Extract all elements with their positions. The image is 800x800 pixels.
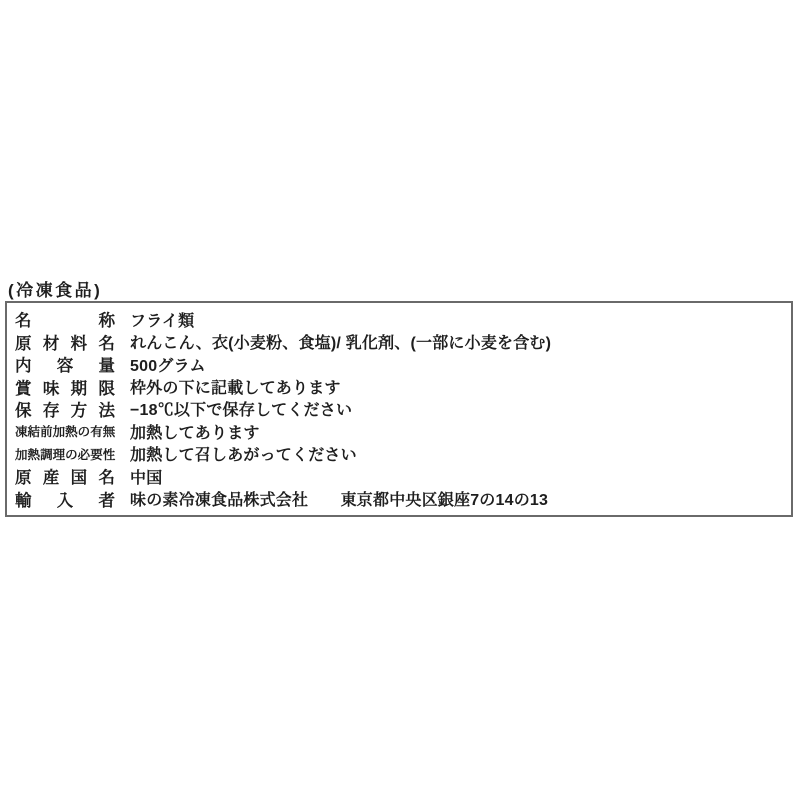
frozen-food-label: (冷凍食品) 名称 フライ類 原材料名 れんこん、衣(小麦粉、食塩)/ 乳化剤、… — [5, 282, 793, 517]
row-value-storage: −18℃以下で保存してください — [130, 397, 352, 420]
product-info-table: 名称 フライ類 原材料名 れんこん、衣(小麦粉、食塩)/ 乳化剤、(一部に小麦を… — [5, 301, 793, 517]
row-label-storage: 保存方法 — [15, 397, 115, 421]
table-row: 原材料名 れんこん、衣(小麦粉、食塩)/ 乳化剤、(一部に小麦を含む) — [7, 330, 791, 352]
row-value-ingredients: れんこん、衣(小麦粉、食塩)/ 乳化剤、(一部に小麦を含む) — [130, 330, 551, 353]
row-value-country-of-origin: 中国 — [130, 465, 162, 488]
row-value-best-before: 枠外の下に記載してあります — [130, 375, 341, 398]
table-row: 原産国名 中国 — [7, 465, 791, 487]
row-label-importer: 輸入者 — [15, 487, 115, 511]
table-row: 保存方法 −18℃以下で保存してください — [7, 398, 791, 420]
row-label-name: 名称 — [15, 307, 115, 331]
table-row: 名称 フライ類 — [7, 308, 791, 330]
row-value-importer: 味の素冷凍食品株式会社 東京都中央区銀座7の14の13 — [130, 487, 548, 510]
row-value-net-content: 500グラム — [130, 353, 206, 376]
row-label-cooking-required: 加熱調理の必要性 — [15, 445, 115, 463]
row-label-preheating: 凍結前加熱の有無 — [15, 422, 115, 440]
label-header: (冷凍食品) — [5, 282, 793, 300]
row-label-net-content: 内容量 — [15, 352, 115, 376]
row-value-name: フライ類 — [130, 308, 194, 331]
row-label-ingredients: 原材料名 — [15, 330, 115, 354]
table-row: 輸入者 味の素冷凍食品株式会社 東京都中央区銀座7の14の13 — [7, 488, 791, 510]
table-row: 内容量 500グラム — [7, 353, 791, 375]
table-row: 加熱調理の必要性 加熱して召しあがってください — [7, 443, 791, 465]
row-label-best-before: 賞味期限 — [15, 375, 115, 399]
row-value-cooking-required: 加熱して召しあがってください — [130, 442, 357, 465]
table-row: 凍結前加熱の有無 加熱してあります — [7, 420, 791, 442]
table-row: 賞味期限 枠外の下に記載してあります — [7, 375, 791, 397]
row-label-country-of-origin: 原産国名 — [15, 464, 115, 488]
row-value-preheating: 加熱してあります — [130, 420, 260, 443]
